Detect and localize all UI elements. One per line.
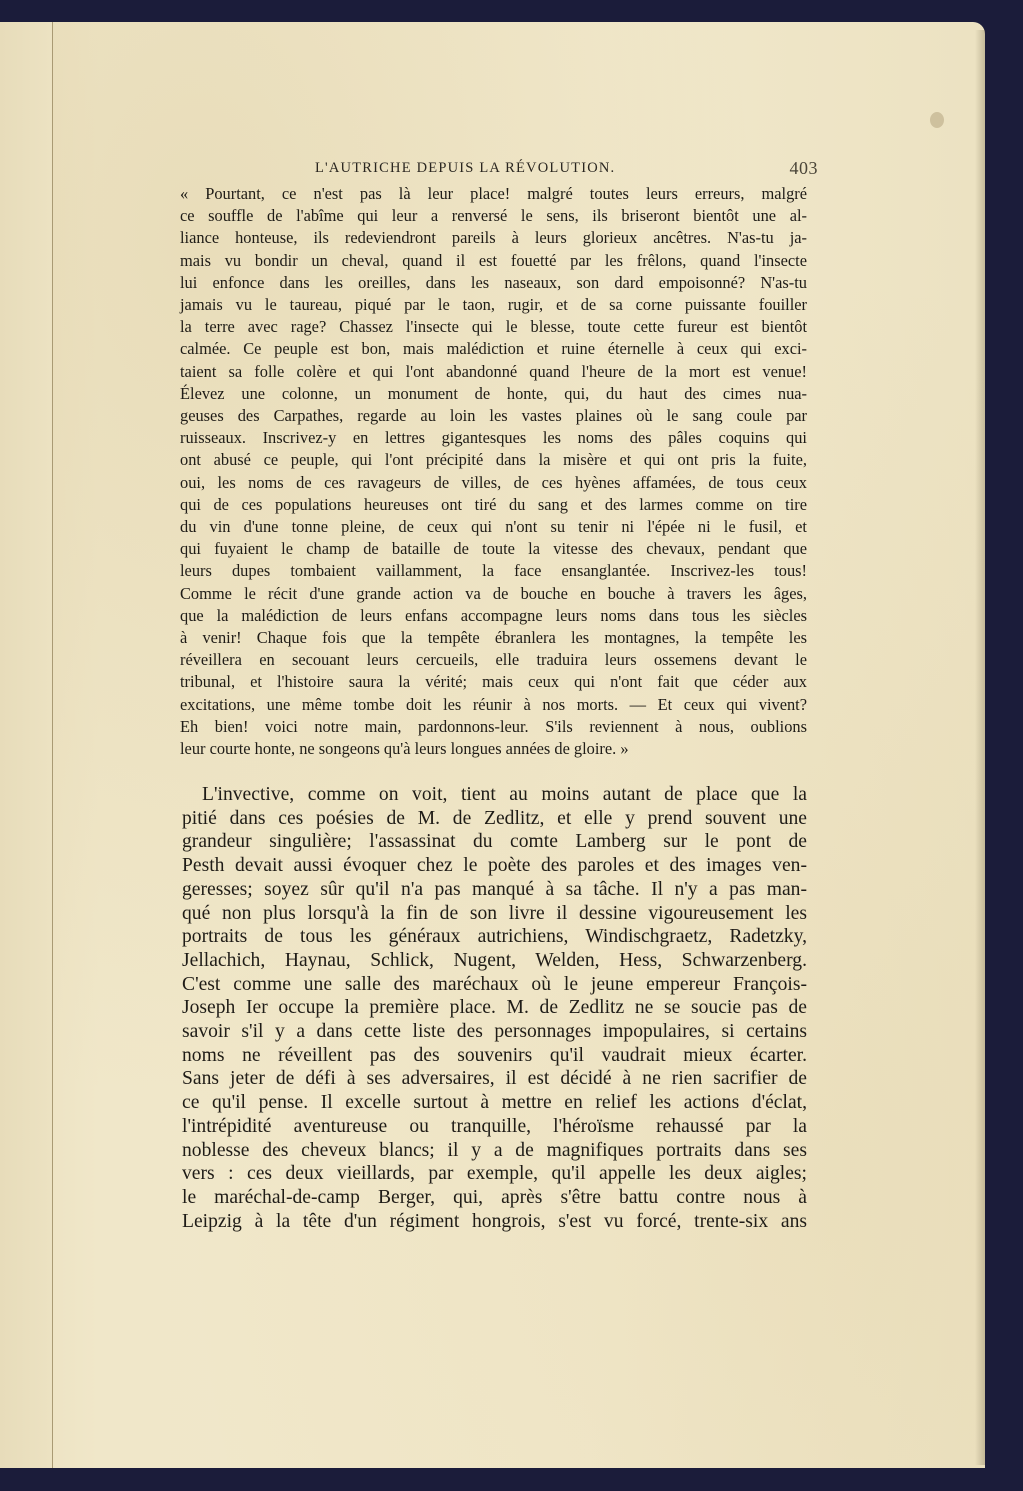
running-head-title: L'AUTRICHE DEPUIS LA RÉVOLUTION. — [315, 160, 615, 177]
text-line: à venir! Chaque fois que la tempête ébra… — [180, 627, 807, 649]
text-line: que la malédiction de leurs enfans accom… — [180, 605, 807, 627]
text-line: Leipzig à la tête d'un régiment hongrois… — [182, 1210, 807, 1234]
text-line: la terre avec rage? Chassez l'insecte qu… — [180, 316, 807, 338]
text-line: liance honteuse, ils redeviendront parei… — [180, 227, 807, 249]
text-line: geresses; soyez sûr qu'il n'a pas manqué… — [182, 878, 807, 902]
text-line: réveillera en secouant leurs cercueils, … — [180, 649, 807, 671]
text-line: Jellachich, Haynau, Schlick, Nugent, Wel… — [182, 949, 807, 973]
text-line: le maréchal-de-camp Berger, qui, après s… — [182, 1186, 807, 1210]
text-line: qui de ces populations heureuses ont tir… — [180, 494, 807, 516]
text-line: Joseph Ier occupe la première place. M. … — [182, 996, 807, 1020]
text-line: du vin d'une tonne pleine, de ceux qui n… — [180, 516, 807, 538]
text-line: noblesse des cheveux blancs; il y a de m… — [182, 1139, 807, 1163]
text-line: L'invective, comme on voit, tient au moi… — [182, 783, 807, 807]
text-line: portraits de tous les généraux autrichie… — [182, 925, 807, 949]
text-line: Sans jeter de défi à ses adversaires, il… — [182, 1067, 807, 1091]
text-line: mais vu bondir un cheval, quand il est f… — [180, 250, 807, 272]
text-line: grandeur singulière; l'assassinat du com… — [182, 830, 807, 854]
page-edge-shadow — [975, 30, 985, 1465]
text-line: C'est comme une salle des maréchaux où l… — [182, 973, 807, 997]
quotation-block: « Pourtant, ce n'est pas là leur place! … — [180, 183, 807, 760]
text-line: Élevez une colonne, un monument de honte… — [180, 383, 807, 405]
text-line: savoir s'il y a dans cette liste des per… — [182, 1020, 807, 1044]
previous-page-edge — [0, 22, 53, 1468]
text-line: lui enfonce dans les oreilles, dans les … — [180, 272, 807, 294]
text-line: l'intrépidité aventureuse ou tranquille,… — [182, 1115, 807, 1139]
text-line: vers : ces deux vieillards, par exemple,… — [182, 1162, 807, 1186]
text-line: geuses des Carpathes, regarde au loin le… — [180, 405, 807, 427]
text-line: calmée. Ce peuple est bon, mais malédict… — [180, 338, 807, 360]
text-line: oui, les noms de ces ravageurs de villes… — [180, 472, 807, 494]
text-line: qué non plus lorsqu'à la fin de son livr… — [182, 902, 807, 926]
text-line: qui fuyaient le champ de bataille de tou… — [180, 538, 807, 560]
page-number: 403 — [790, 158, 819, 179]
running-head: L'AUTRICHE DEPUIS LA RÉVOLUTION. 403 — [315, 158, 818, 182]
text-line: leurs dupes tombaient vaillamment, la fa… — [180, 560, 807, 582]
text-line: ce souffle de l'abîme qui leur a renvers… — [180, 205, 807, 227]
body-paragraph: L'invective, comme on voit, tient au moi… — [182, 783, 807, 1233]
text-line: ce qu'il pense. Il excelle surtout à met… — [182, 1091, 807, 1115]
text-line: leur courte honte, ne songeons qu'à leur… — [180, 738, 807, 760]
text-line: taient sa folle colère et qui l'ont aban… — [180, 361, 807, 383]
text-line: jamais vu le taureau, piqué par le taon,… — [180, 294, 807, 316]
text-line: « Pourtant, ce n'est pas là leur place! … — [180, 183, 807, 205]
text-line: tribunal, et l'histoire saura la vérité;… — [180, 671, 807, 693]
text-line: noms ne réveillent pas des souvenirs qu'… — [182, 1044, 807, 1068]
paper-stain — [930, 112, 944, 128]
text-line: Pesth devait aussi évoquer chez le poète… — [182, 854, 807, 878]
text-line: Eh bien! voici notre main, pardonnons-le… — [180, 716, 807, 738]
text-line: excitations, une même tombe doit les réu… — [180, 694, 807, 716]
text-line: Comme le récit d'une grande action va de… — [180, 583, 807, 605]
text-line: ruisseaux. Inscrivez-y en lettres gigant… — [180, 427, 807, 449]
text-line: pitié dans ces poésies de M. de Zedlitz,… — [182, 807, 807, 831]
text-line: ont abusé ce peuple, qui l'ont précipité… — [180, 449, 807, 471]
